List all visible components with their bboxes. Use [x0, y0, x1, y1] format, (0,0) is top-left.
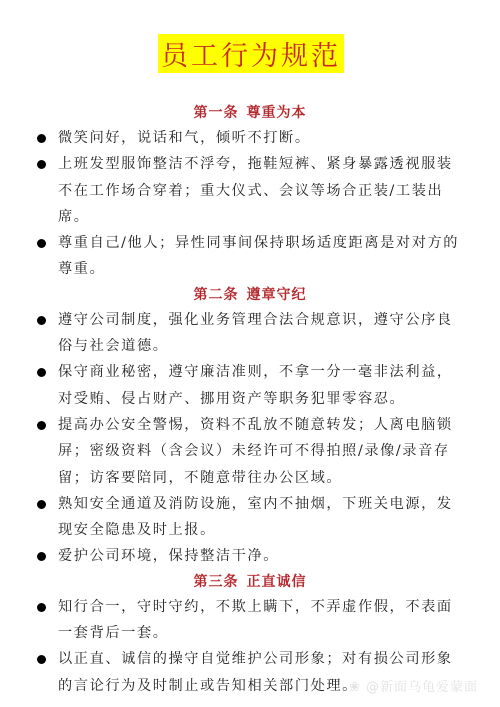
list-item: 上班发型服饰整洁不浮夸，拖鞋短裤、紧身暴露透视服装不在工作场合穿着；重大仪式、会…	[0, 151, 500, 230]
list-item: 提高办公安全警惕，资料不乱放不随意转发；人离电脑锁屏；密级资料（含会议）未经许可…	[0, 412, 500, 491]
bullet-icon	[37, 552, 46, 561]
item-text: 尊重自己/他人；异性同事间保持职场适度距离是对对方的尊重。	[58, 230, 464, 283]
list-item: 知行合一，守时守约，不欺上瞒下，不弄虚作假，不表面一套背后一套。	[0, 594, 500, 647]
item-text: 知行合一，守时守约，不欺上瞒下，不弄虚作假，不表面一套背后一套。	[58, 594, 464, 647]
bullet-icon	[37, 134, 46, 143]
section-name: 尊重为本	[247, 105, 307, 121]
list-item: 尊重自己/他人；异性同事间保持职场适度距离是对对方的尊重。	[0, 230, 500, 283]
list-item: 熟知安全通道及消防设施，室内不抽烟，下班关电源，发现安全隐患及时上报。	[0, 491, 500, 544]
watermark: ❀ @新面乌龟爱蒙面	[349, 676, 478, 695]
section-name: 正直诚信	[247, 574, 307, 590]
bullet-icon	[37, 603, 46, 612]
section-heading: 第三条正直诚信	[0, 570, 500, 594]
list-item: 遵守公司制度，强化业务管理合法合规意识，遵守公序良俗与社会道德。	[0, 307, 500, 360]
list-item: 爱护公司环境，保持整洁干净。	[0, 543, 500, 569]
item-text: 遵守公司制度，强化业务管理合法合规意识，遵守公序良俗与社会道德。	[58, 307, 464, 360]
section-name: 遵章守纪	[247, 287, 307, 303]
bullet-icon	[37, 421, 46, 430]
item-text: 微笑问好，说话和气，倾听不打断。	[58, 125, 464, 151]
document-body: 第一条尊重为本 微笑问好，说话和气，倾听不打断。 上班发型服饰整洁不浮夸，拖鞋短…	[0, 101, 500, 699]
item-text: 提高办公安全警惕，资料不乱放不随意转发；人离电脑锁屏；密级资料（含会议）未经许可…	[58, 412, 464, 491]
section-respect: 第一条尊重为本 微笑问好，说话和气，倾听不打断。 上班发型服饰整洁不浮夸，拖鞋短…	[0, 101, 500, 283]
bullet-icon	[37, 239, 46, 248]
item-text: 上班发型服饰整洁不浮夸，拖鞋短裤、紧身暴露透视服装不在工作场合穿着；重大仪式、会…	[58, 151, 464, 230]
bullet-icon	[37, 160, 46, 169]
item-text: 熟知安全通道及消防设施，室内不抽烟，下班关电源，发现安全隐患及时上报。	[58, 491, 464, 544]
section-heading: 第二条遵章守纪	[0, 283, 500, 307]
list-item: 微笑问好，说话和气，倾听不打断。	[0, 125, 500, 151]
section-number: 第一条	[194, 105, 239, 121]
bullet-icon	[37, 316, 46, 325]
item-text: 爱护公司环境，保持整洁干净。	[58, 543, 464, 569]
document-title: 员工行为规范	[161, 34, 341, 73]
bullet-icon	[37, 655, 46, 664]
title-banner: 员工行为规范	[158, 34, 344, 73]
section-number: 第二条	[194, 287, 239, 303]
list-item: 保守商业秘密，遵守廉洁准则，不拿一分一毫非法利益，对受贿、侵占财产、挪用资产等职…	[0, 359, 500, 412]
section-discipline: 第二条遵章守纪 遵守公司制度，强化业务管理合法合规意识，遵守公序良俗与社会道德。…	[0, 283, 500, 570]
section-heading: 第一条尊重为本	[0, 101, 500, 125]
bullet-icon	[37, 500, 46, 509]
item-text: 保守商业秘密，遵守廉洁准则，不拿一分一毫非法利益，对受贿、侵占财产、挪用资产等职…	[58, 359, 464, 412]
section-number: 第三条	[194, 574, 239, 590]
bullet-icon	[37, 368, 46, 377]
